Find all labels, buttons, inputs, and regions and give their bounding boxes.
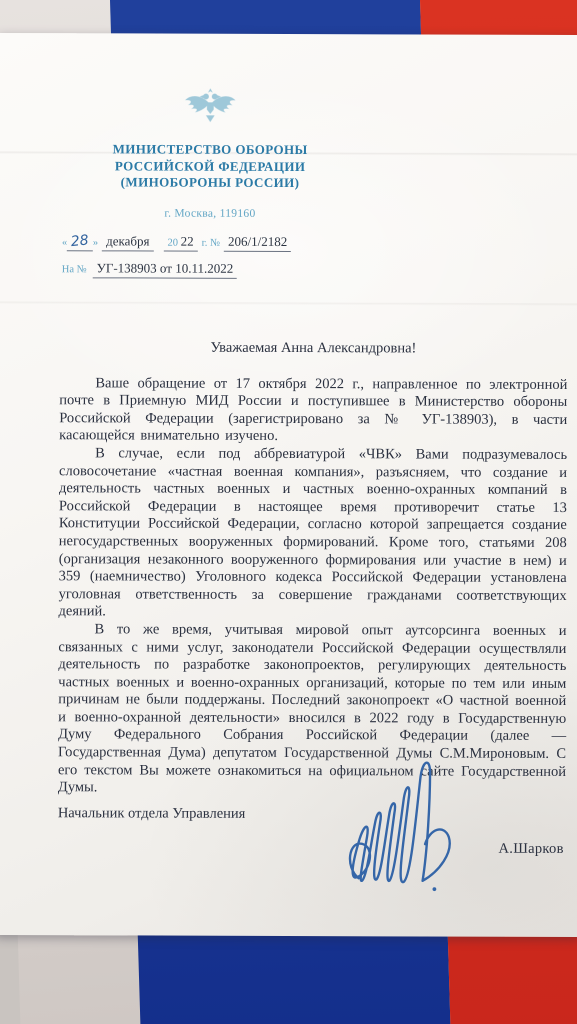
- handwritten-signature-icon: [344, 750, 465, 910]
- day-field: 28: [67, 233, 93, 251]
- double-headed-eagle-icon: [181, 86, 239, 126]
- signer-name: А.Шарков: [498, 841, 563, 858]
- ministry-line-2: РОССИЙСКОЙ ФЕДЕРАЦИИ: [62, 158, 358, 176]
- ministry-address: г. Москва, 119160: [62, 207, 358, 220]
- quote-close: »: [93, 237, 98, 248]
- ministry-line-1: МИНИСТЕРСТВО ОБОРОНЫ: [62, 141, 358, 159]
- month-field: декабря: [102, 233, 153, 251]
- handwritten-day: 28: [70, 232, 89, 250]
- after-year-label: г. №: [202, 237, 220, 248]
- letter-paper: МИНИСТЕРСТВО ОБОРОНЫ РОССИЙСКОЙ ФЕДЕРАЦИ…: [0, 33, 577, 937]
- ministry-line-3: (МИНОБОРОНЫ РОССИИ): [62, 174, 358, 192]
- paragraph-2: В случае, если под аббревиатурой «ЧВК» В…: [59, 445, 568, 623]
- letter-body: Уважаемая Анна Александровна! Ваше обращ…: [58, 339, 568, 799]
- outgoing-number: 206/1/2182: [224, 233, 291, 251]
- paragraph-3: В то же время, учитывая мировой опыт аут…: [58, 621, 567, 799]
- salutation: Уважаемая Анна Александровна!: [59, 339, 567, 358]
- year-field: 20 22: [164, 233, 198, 251]
- signer-position-title: Начальник отдела Управления: [58, 805, 246, 823]
- paragraph-1: Ваше обращение от 17 октября 2022 г., на…: [59, 375, 567, 447]
- letterhead: МИНИСТЕРСТВО ОБОРОНЫ РОССИЙСКОЙ ФЕДЕРАЦИ…: [62, 85, 359, 279]
- reply-label: На №: [62, 264, 87, 275]
- ministry-title: МИНИСТЕРСТВО ОБОРОНЫ РОССИЙСКОЙ ФЕДЕРАЦИ…: [62, 141, 358, 192]
- year-prefix: 20: [168, 237, 179, 248]
- date-number-line: « 28 » декабря 20 22 г. № 206/1/2182: [62, 233, 358, 252]
- reply-value: УГ-138903 от 10.11.2022: [93, 260, 238, 279]
- year-value: 22: [181, 233, 194, 248]
- photo-of-letter: МИНИСТЕРСТВО ОБОРОНЫ РОССИЙСКОЙ ФЕДЕРАЦИ…: [0, 0, 577, 1024]
- reply-reference-line: На № УГ-138903 от 10.11.2022: [62, 260, 358, 279]
